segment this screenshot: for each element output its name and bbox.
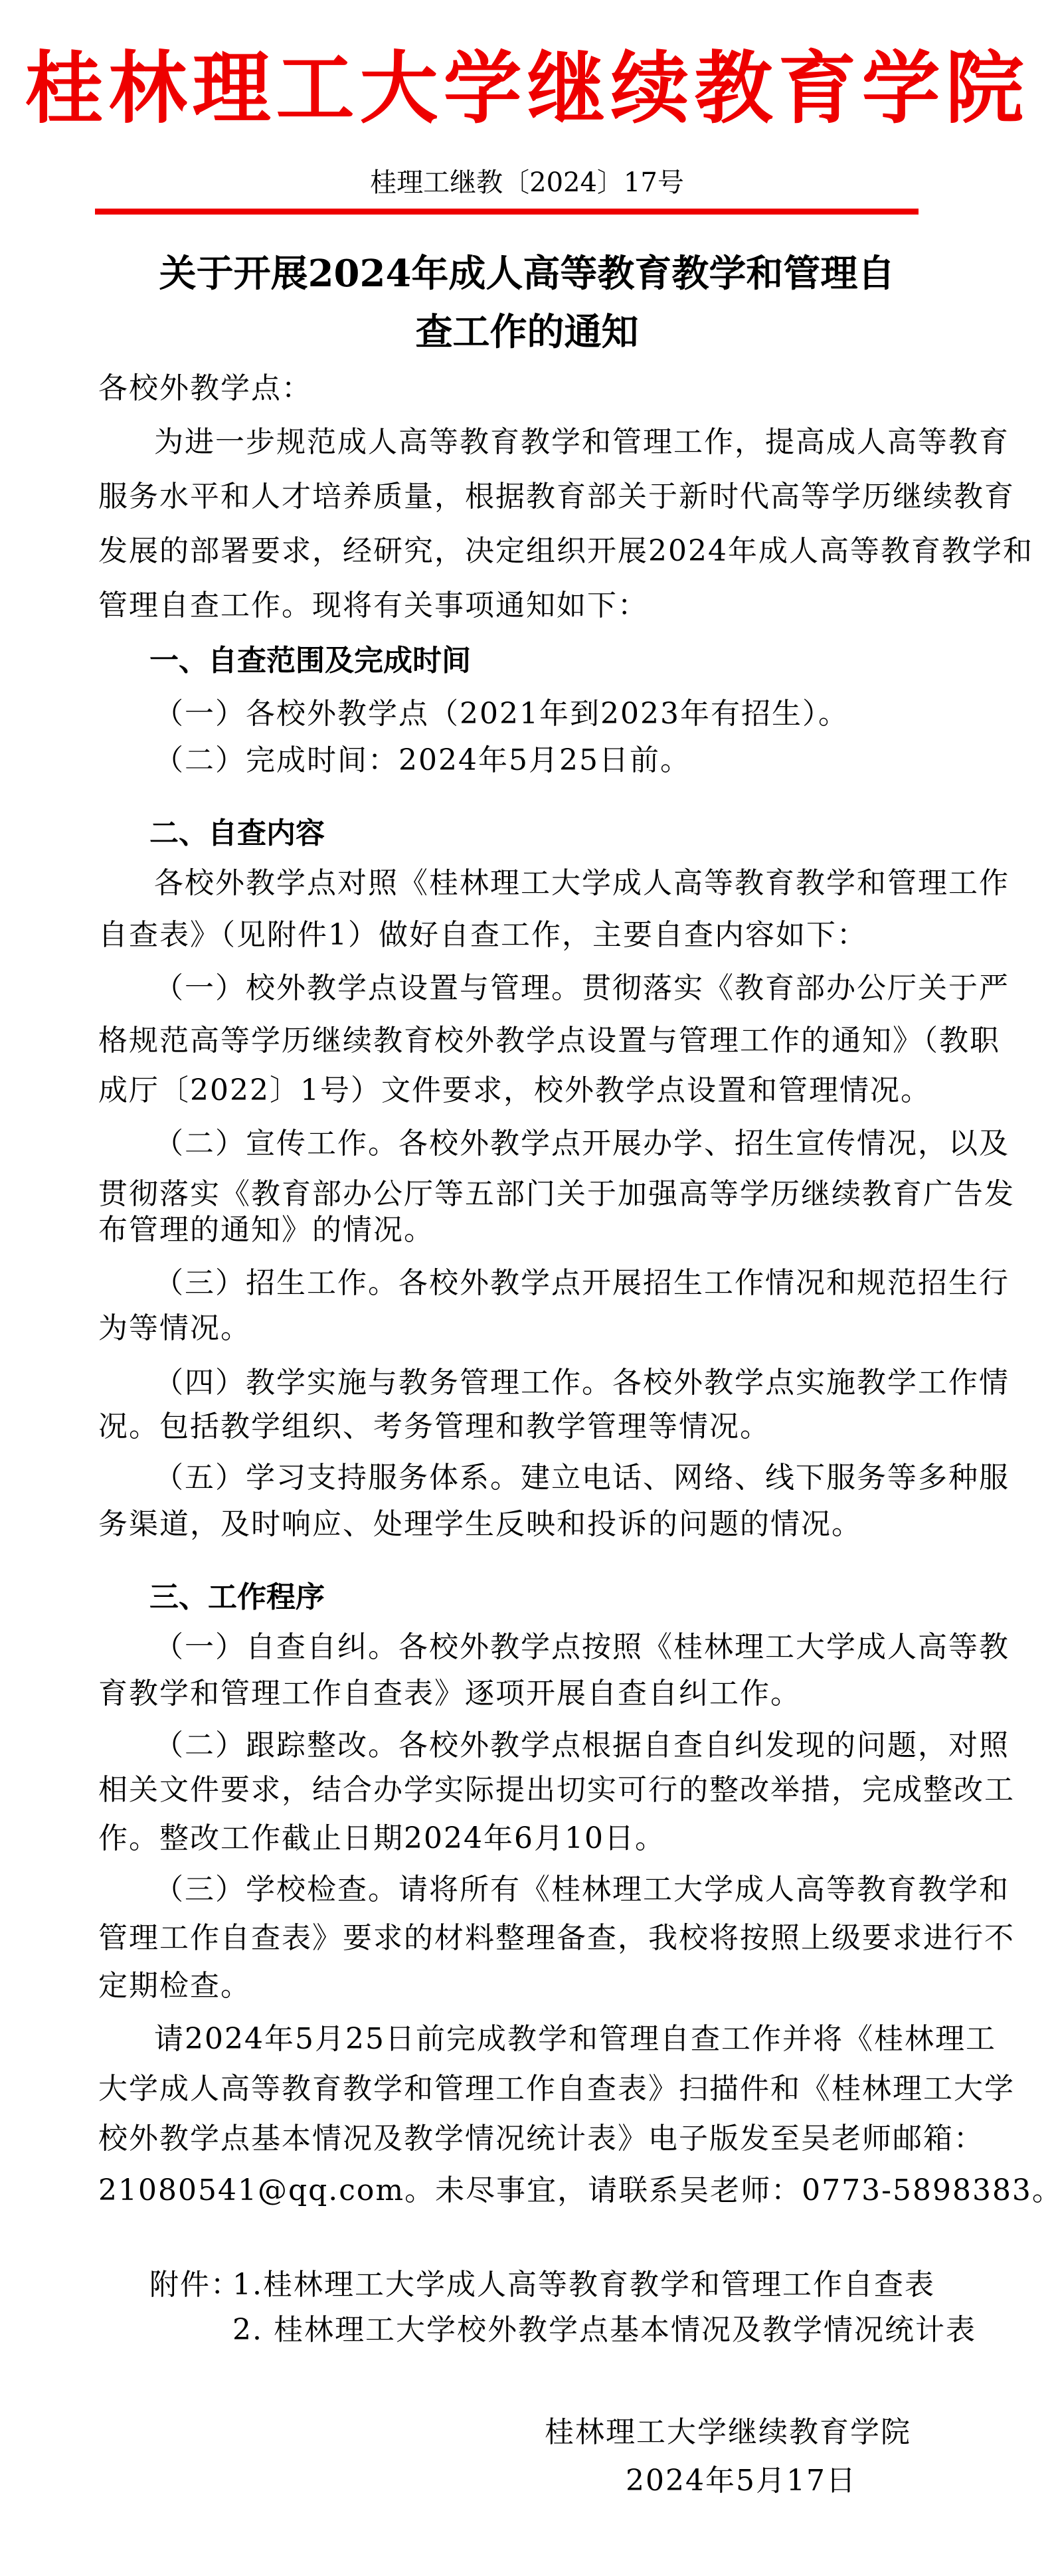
- notice-title-line1: 关于开展2024年成人高等教育教学和管理自: [0, 247, 1054, 300]
- section-heading-3: 三、工作程序: [149, 1578, 325, 1617]
- section-3-line: 管理工作自查表》要求的材料整理备查，我校将按照上级要求进行不: [98, 1918, 1015, 1958]
- salutation: 各校外教学点：: [98, 369, 312, 409]
- section-2-line: 成厅〔2022〕1号）文件要求，校外教学点设置和管理情况。: [98, 1071, 931, 1111]
- intro-line: 为进一步规范成人高等教育教学和管理工作，提高成人高等教育: [154, 422, 1010, 462]
- section-2-line: 为等情况。: [98, 1309, 251, 1348]
- document-number: 桂理工继教〔2024〕17号: [0, 163, 1054, 203]
- closing-line: 校外教学点基本情况及教学情况统计表》电子版发至吴老师邮箱：: [98, 2119, 984, 2159]
- section-2-line: （一）校外教学点设置与管理。贯彻落实《教育部办公厅关于严: [154, 968, 1010, 1008]
- section-2-line: 况。包括教学组织、考务管理和教学管理等情况。: [98, 1407, 770, 1447]
- signature-date: 2024年5月17日: [626, 2461, 857, 2501]
- section-2-line: 自查表》（见附件1）做好自查工作，主要自查内容如下：: [98, 915, 867, 955]
- section-2-line: （五）学习支持服务体系。建立电话、网络、线下服务等多种服: [154, 1458, 1010, 1498]
- closing-contact-line: 21080541@qq.com。未尽事宜，请联系吴老师：0773-5898383…: [98, 2171, 1054, 2211]
- section-1-line: （二）完成时间：2024年5月25日前。: [154, 741, 691, 781]
- section-3-line: （二）跟踪整改。各校外教学点根据自查自纠发现的问题，对照: [154, 1726, 1010, 1766]
- section-2-line: （四）教学实施与教务管理工作。各校外教学点实施教学工作情: [154, 1363, 1010, 1403]
- section-heading-2: 二、自查内容: [149, 814, 325, 854]
- section-2-line: 布管理的通知》的情况。: [98, 1210, 434, 1250]
- section-3-line: （三）学校检查。请将所有《桂林理工大学成人高等教育教学和: [154, 1870, 1010, 1910]
- red-divider: [95, 209, 919, 215]
- section-3-line: （一）自查自纠。各校外教学点按照《桂林理工大学成人高等教: [154, 1627, 1010, 1667]
- closing-line: 大学成人高等教育教学和管理工作自查表》扫描件和《桂林理工大学: [98, 2069, 1015, 2109]
- section-2-line: 务渠道，及时响应、处理学生反映和投诉的问题的情况。: [98, 1505, 862, 1544]
- section-3-line: 作。整改工作截止日期2024年6月10日。: [98, 1819, 665, 1859]
- section-2-line: 各校外教学点对照《桂林理工大学成人高等教育教学和管理工作: [154, 864, 1010, 903]
- section-heading-1: 一、自查范围及完成时间: [149, 641, 471, 681]
- section-2-line: 格规范高等学历继续教育校外教学点设置与管理工作的通知》（教职: [98, 1021, 1000, 1061]
- section-3-line: 相关文件要求，结合办学实际提出切实可行的整改举措，完成整改工: [98, 1770, 1015, 1810]
- section-3-line: 定期检查。: [98, 1966, 251, 2006]
- attachment-item-1: 1.桂林理工大学成人高等教育教学和管理工作自查表: [232, 2265, 935, 2305]
- closing-line: 请2024年5月25日前完成教学和管理自查工作并将《桂林理工: [154, 2019, 996, 2059]
- section-1-line: （一）各校外教学点（2021年到2023年有招生）。: [154, 694, 849, 734]
- signature-organization: 桂林理工大学继续教育学院: [545, 2413, 911, 2452]
- intro-line: 服务水平和人才培养质量，根据教育部关于新时代高等学历继续教育: [98, 477, 1015, 517]
- section-3-line: 育教学和管理工作自查表》逐项开展自查自纠工作。: [98, 1674, 801, 1714]
- intro-line: 发展的部署要求，经研究，决定组织开展2024年成人高等教育教学和: [98, 531, 1033, 571]
- notice-title-line2: 查工作的通知: [0, 306, 1054, 359]
- attachments-label: 附件：: [149, 2265, 241, 2305]
- organization-header: 桂林理工大学继续教育学院: [0, 39, 1054, 138]
- section-2-line: （三）招生工作。各校外教学点开展招生工作情况和规范招生行: [154, 1263, 1010, 1303]
- section-2-line: （二）宣传工作。各校外教学点开展办学、招生宣传情况，以及: [154, 1124, 1010, 1164]
- section-2-line: 贯彻落实《教育部办公厅等五部门关于加强高等学历继续教育广告发: [98, 1174, 1015, 1214]
- attachment-item-2: 2. 桂林理工大学校外教学点基本情况及教学情况统计表: [232, 2310, 976, 2350]
- intro-line: 管理自查工作。现将有关事项通知如下：: [98, 586, 648, 626]
